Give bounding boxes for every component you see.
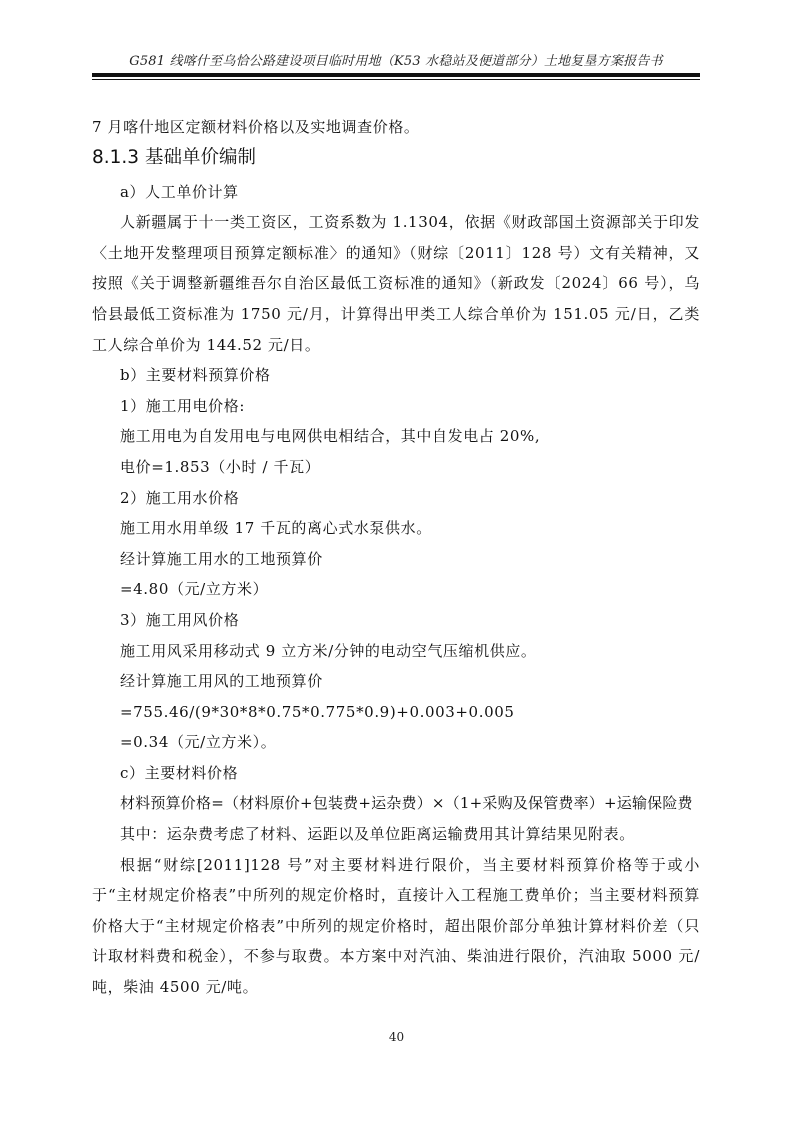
electricity-desc: 施工用电为自发用电与电网供电相结合，其中自发电占 20%, [92,421,700,452]
materials-price-formula: 材料预算价格=（材料原价+包装费+运杂费）×（1+采购及保管费率）+运输保险费 [92,788,700,819]
air-title: 3）施工用风价格 [92,605,700,636]
air-formula: =755.46/(9*30*8*0.75*0.775*0.9)+0.003+0.… [92,697,700,728]
electricity-title: 1）施工用电价格: [92,391,700,422]
materials-price-title: c）主要材料价格 [92,758,700,789]
materials-budget-title: b）主要材料预算价格 [92,360,700,391]
labor-paragraph: 人新疆属于十一类工资区，工资系数为 1.1304，依据《财政部国土资源部关于印发… [92,207,700,360]
header-rule-thick [92,73,700,77]
labor-title: a）人工单价计算 [92,177,700,208]
header-rule-thin [92,79,700,80]
water-price: =4.80（元/立方米） [92,574,700,605]
water-desc: 施工用水用单级 17 千瓦的离心式水泵供水。 [92,513,700,544]
water-title: 2）施工用水价格 [92,483,700,514]
running-header-title: G581 线喀什至乌恰公路建设项目临时用地（K53 水稳站及便道部分）土地复垦方… [92,50,700,69]
page-number: 40 [0,1030,793,1044]
materials-price-paragraph: 根据“财综[2011]128 号”对主要材料进行限价，当主要材料预算价格等于或小… [92,850,700,1003]
intro-line: 7 月喀什地区定额材料价格以及实地调查价格。 [92,112,700,143]
electricity-price: 电价=1.853（小时 / 千瓦） [92,452,700,483]
air-desc: 施工用风采用移动式 9 立方米/分钟的电动空气压缩机供应。 [92,636,700,667]
document-body: 7 月喀什地区定额材料价格以及实地调查价格。 8.1.3 基础单价编制 a）人工… [92,112,700,1003]
air-price: =0.34（元/立方米）。 [92,727,700,758]
section-heading: 8.1.3 基础单价编制 [92,141,700,177]
document-page: G581 线喀什至乌恰公路建设项目临时用地（K53 水稳站及便道部分）土地复垦方… [0,0,793,1122]
air-calc-label: 经计算施工用风的工地预算价 [92,666,700,697]
water-calc-label: 经计算施工用水的工地预算价 [92,544,700,575]
materials-price-note: 其中：运杂费考虑了材料、运距以及单位距离运输费用其计算结果见附表。 [92,819,700,850]
